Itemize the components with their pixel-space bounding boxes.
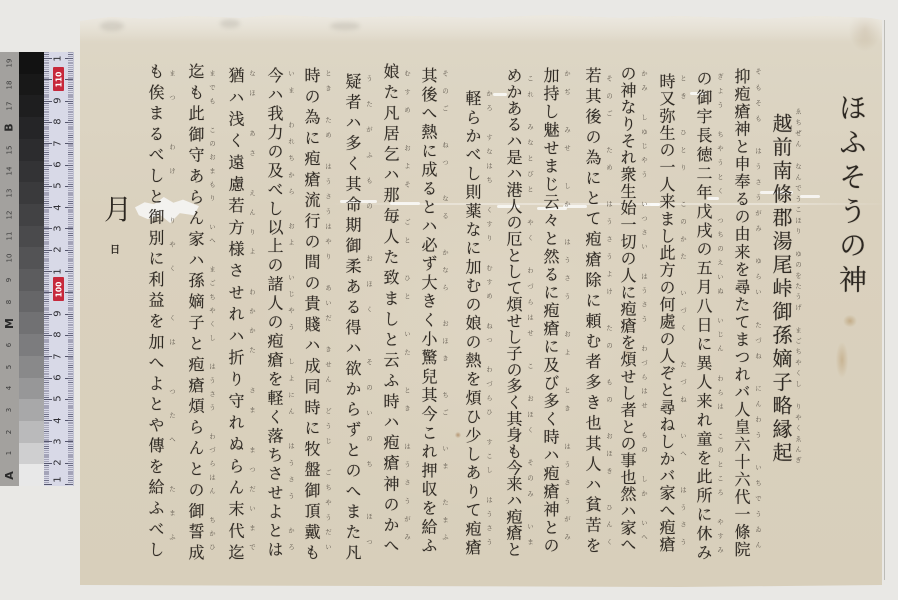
ruler-tick [65, 186, 73, 187]
ruler-tick [44, 143, 52, 144]
ruler-number-text: 9 [53, 310, 64, 316]
furigana: そのご ねつ なる かなら おほき ちご いま たまふ [440, 70, 449, 540]
ruler-number: 8 [52, 115, 65, 129]
paper-smudge [100, 21, 124, 31]
ruler-number: 5 [52, 392, 65, 406]
furigana: うたがふもの おほく そのいのち ほつ [364, 75, 373, 545]
furigana: これ みなとびと やく わづらはせ こ おほく そのみ いま [525, 75, 534, 545]
ruler-number-text: 110 [54, 71, 63, 87]
ruler-tick [65, 79, 73, 80]
ruler-number: 3 [52, 221, 65, 235]
ruler-tick [44, 463, 52, 464]
gray-label-text: 8 [6, 299, 14, 303]
text-column: も俟まるべしと御別に利益を加へよとや傳を給ふべし [143, 63, 167, 557]
gray-patch [19, 291, 44, 313]
gray-label: 9 [0, 269, 19, 291]
ruler-number-text: 100 [54, 281, 63, 297]
ruler-tick [65, 58, 73, 59]
document-paper: ほふそうの神 越前南條郡湯尾峠御孫嫡子略縁起 ゑちぜん なんでうこほり ゆのをた… [80, 15, 882, 587]
gray-label-text: 14 [5, 167, 13, 176]
furigana: かぢ みせ しか はうさう およ とき はうさうがみ [562, 70, 571, 540]
ruler-tick [44, 122, 52, 123]
furigana: まつ わけ りやく くは つたへ たまふ [167, 70, 176, 540]
text-column: の神なりそれ衆生始一切の人に疱瘡を煩せし者との事也然ハ家へ [615, 65, 639, 552]
ruler: 1 110 9 8 7 6 5 4 3 2 1 100 9 8 7 6 5 4 … [44, 52, 74, 486]
furigana: なほ あさ えんりよ わかかた さま まつだいまで [247, 70, 256, 550]
ruler-tick [65, 228, 73, 229]
ruler-tick [44, 101, 52, 102]
ruler-number-text: 3 [53, 225, 64, 231]
gray-patch [19, 312, 44, 334]
furigana: かろ すなはち くすり むすめ ねつ わづらひ すこし はうさう [484, 90, 493, 545]
gray-patch [19, 334, 44, 356]
ruler-number-text: 4 [53, 204, 64, 210]
ruler-tick [44, 378, 52, 379]
ruler-tick [65, 143, 73, 144]
ruler-tick [65, 378, 73, 379]
text-column: 抑疱瘡神と申奉るの由来を尋たてまつれバ人皇六十六代一條院 [729, 68, 753, 557]
gray-label-text: 15 [5, 145, 13, 154]
ruler-tick [65, 292, 73, 293]
ruler-tick [65, 399, 73, 400]
furigana: そのご ため はうさうよけ たの もの おほき ひんく [604, 75, 613, 545]
gray-label-text: 6 [6, 343, 14, 347]
text-column: 疑者ハ多く其命期御柔ある得ハ欲からずとのへまた凡 [340, 73, 364, 560]
furigana: ゑちぜん なんでうこほり ゆのをたうげ まごちやくし りやくゑんぎ [793, 108, 802, 463]
ruler-number-text: 7 [53, 140, 64, 146]
gray-patch [19, 269, 44, 291]
ruler-number-text: 4 [53, 417, 64, 423]
ruler-number-text: 9 [53, 97, 64, 103]
gray-label: 8 [0, 291, 19, 313]
ruler-tick [44, 420, 52, 421]
gray-label: 18 [0, 74, 19, 96]
gray-patch [19, 356, 44, 378]
text-column: 猶ハ浅く遠慮若方様させれハ折り守れぬらん末代迄 [223, 67, 247, 560]
gray-label: 11 [0, 226, 19, 248]
date-month: 月 [104, 188, 132, 228]
ruler-number-text: 8 [53, 332, 64, 338]
text-column: 軽らかべし則薬なに加むの娘の熱を煩ひ少しありて疱瘡 [460, 90, 484, 555]
ruler-number: 3 [52, 434, 65, 448]
paper-smudge [330, 22, 360, 30]
furigana: とき ため はうさうはやり あいだ きせん どうじ ごちやうだい [323, 70, 332, 550]
date-day: 日 [110, 241, 120, 256]
gray-patch [19, 421, 44, 443]
gray-label-text: 12 [5, 210, 13, 219]
ruler-tick [65, 314, 73, 315]
gray-label: 13 [0, 182, 19, 204]
gray-label: M [0, 312, 19, 334]
gray-label: 17 [0, 95, 19, 117]
ruler-number-text: 1 [53, 268, 64, 274]
furigana: とき ひとり このかた いづく たづね いへ はうさう [678, 75, 687, 545]
gray-label: 1 [0, 443, 19, 465]
ruler-number-text: 5 [53, 396, 64, 402]
gray-label-text: 19 [5, 58, 13, 67]
text-column: 今ハ我力の及べし以上の諸人の疱瘡を軽く落ちさせよとは [262, 67, 286, 557]
paper-crease-mark [800, 195, 820, 198]
paper-smudge [220, 19, 240, 28]
text-column: の御宇長徳二年戊戌の五月八日に異人来れ童を此所に休み [691, 70, 715, 560]
gray-label-text: 11 [5, 232, 13, 241]
gray-label: 5 [0, 356, 19, 378]
document-title: ほふそうの神 [833, 93, 869, 293]
gray-patch [19, 182, 44, 204]
ruler-tick [65, 250, 73, 251]
gray-label: 3 [0, 399, 19, 421]
ruler-number: 6 [52, 371, 65, 385]
gray-label-text: A [3, 471, 16, 480]
gray-label: 19 [0, 52, 19, 74]
ruler-number: 8 [52, 328, 65, 342]
furigana: そもそも はうさうがみ ゆらい たづね にんわう いちでうゐん [753, 68, 762, 548]
gray-label: B [0, 117, 19, 139]
gray-label-text: 18 [5, 80, 13, 89]
text-column: 娘た凡居乞ハ那毎人た致ましと云ふ時ハ疱瘡神のかへ [378, 63, 402, 553]
ruler-number-text: 1 [53, 55, 64, 61]
gray-label: 10 [0, 247, 19, 269]
text-column: 加持し魅せまじ云々と然るに疱瘡に及び多く時ハ疱瘡神との [538, 67, 562, 553]
gray-label: 6 [0, 334, 19, 356]
text-column: 若其後の為にとて疱瘡除に頼む者多き也其人ハ貧苦を [580, 67, 604, 553]
ruler-tick [65, 420, 73, 421]
ruler-tick [65, 441, 73, 442]
ruler-number-highlight: 110 [53, 67, 64, 91]
ruler-number: 1 [52, 264, 65, 278]
ruler-tick [44, 58, 52, 59]
ruler-number: 2 [52, 243, 65, 257]
gray-label: 14 [0, 161, 19, 183]
ruler-tick [65, 122, 73, 123]
gray-label-text: 13 [5, 189, 13, 198]
ruler-tick [65, 165, 73, 166]
gray-patch [19, 226, 44, 248]
color-scale-bar: 19 18 17 B 15 14 13 12 11 10 9 8 M 6 5 4… [0, 52, 74, 486]
ruler-number: 2 [52, 456, 65, 470]
gray-label: 12 [0, 204, 19, 226]
ruler-tick [44, 335, 52, 336]
gray-patch [19, 74, 44, 96]
gray-label: 4 [0, 378, 19, 400]
ruler-number-text: 6 [53, 161, 64, 167]
ruler-number-text: 1 [53, 476, 64, 482]
ruler-number: 7 [52, 136, 65, 150]
paper-top-band [80, 15, 882, 41]
gray-patch [19, 247, 44, 269]
gray-label: 2 [0, 421, 19, 443]
furigana: ぎよう ちやうとく つちのえいぬ いじん わらは このところ やすみ [715, 73, 724, 553]
ruler-tick [44, 271, 52, 272]
ruler-tick [44, 399, 52, 400]
ruler-number: 4 [52, 413, 65, 427]
text-column: 迄も此御守あらん家ハ孫嫡子と疱瘡煩らんとの御誓成 [183, 63, 207, 560]
furigana: までも このおまもり いへ まごちやくし はうさう わづらはん ちかひ [207, 70, 216, 550]
ruler-tick [44, 441, 52, 442]
gray-label: A [0, 464, 19, 486]
gray-patch [19, 204, 44, 226]
gray-label: 15 [0, 139, 19, 161]
ruler-number-text: 3 [53, 438, 64, 444]
gray-label-text: 1 [6, 451, 14, 455]
ruler-tick [44, 292, 52, 293]
text-column: 時の為に疱瘡流行の間の貴賤ハ成同時に牧盤御頂戴も [299, 67, 323, 560]
gray-patch [19, 378, 44, 400]
ruler-tick [44, 356, 52, 357]
furigana: いま われちから およ いじやう しよにん はうさう かろ [286, 70, 295, 550]
gray-patch [19, 139, 44, 161]
text-column: 其後へ熱に成るとハ必ず大きく小驚兒其今これ押収を給ふ [416, 67, 440, 553]
ruler-number: 9 [52, 307, 65, 321]
ruler-number: 1 [52, 472, 65, 486]
text-column: めかあるハ是ハ港人の厄として煩せし子の多く其身も今来ハ疱瘡と [501, 67, 525, 557]
gray-label-text: B [3, 124, 16, 132]
ruler-tick [65, 356, 73, 357]
ruler-tick [44, 165, 52, 166]
ruler-number: 9 [52, 94, 65, 108]
gray-scale-wedge [19, 52, 44, 486]
gray-label-text: 3 [6, 408, 14, 412]
ruler-number: 6 [52, 158, 65, 172]
gray-patch [19, 464, 44, 486]
ruler-tick [44, 228, 52, 229]
ruler-number: 1 [52, 51, 65, 65]
gray-label-text: 4 [6, 386, 14, 390]
gray-label-text: M [3, 318, 16, 329]
text-column: 時又弥生の一人来まし此方の何處の人ぞと尋ねしかバ家へ疱瘡 [654, 73, 678, 552]
heading-column: 越前南條郡湯尾峠御孫嫡子略縁起 [769, 113, 793, 462]
ruler-tick [44, 207, 52, 208]
ruler-number-text: 7 [53, 353, 64, 359]
ruler-number: 5 [52, 179, 65, 193]
ruler-number-highlight: 100 [53, 277, 64, 301]
ruler-tick [65, 271, 73, 272]
gray-label-text: 2 [6, 430, 14, 434]
ruler-number: 7 [52, 349, 65, 363]
gray-patch [19, 443, 44, 465]
gray-label-text: 17 [5, 102, 13, 111]
backdrop-edge-line [884, 20, 885, 580]
ruler-number: 4 [52, 200, 65, 214]
ruler-tick [44, 314, 52, 315]
ruler-number-text: 6 [53, 374, 64, 380]
ruler-tick [65, 335, 73, 336]
ruler-tick [65, 484, 73, 485]
ruler-number-text: 2 [53, 247, 64, 253]
gray-label-text: 9 [6, 278, 14, 282]
ruler-tick [65, 101, 73, 102]
gray-label-text: 10 [5, 254, 13, 263]
gray-patch [19, 399, 44, 421]
gray-label-text: 5 [6, 364, 14, 368]
gray-patch [19, 52, 44, 74]
gray-patch [19, 117, 44, 139]
ruler-tick [44, 186, 52, 187]
ruler-number-text: 5 [53, 183, 64, 189]
ruler-number-text: 2 [53, 460, 64, 466]
ruler-tick [44, 250, 52, 251]
furigana: むすめ およそ ごと ひと いた とき はうさうがみ [402, 70, 411, 540]
gray-patch [19, 95, 44, 117]
ruler-tick [65, 463, 73, 464]
ruler-number-text: 8 [53, 119, 64, 125]
ruler-tick [65, 207, 73, 208]
ruler-tick [44, 484, 52, 485]
gray-patch [19, 161, 44, 183]
furigana: かみ しゆじやう いつさい はうさう わづらはせ もの しか いへ [639, 70, 648, 540]
ruler-tick [44, 79, 52, 80]
